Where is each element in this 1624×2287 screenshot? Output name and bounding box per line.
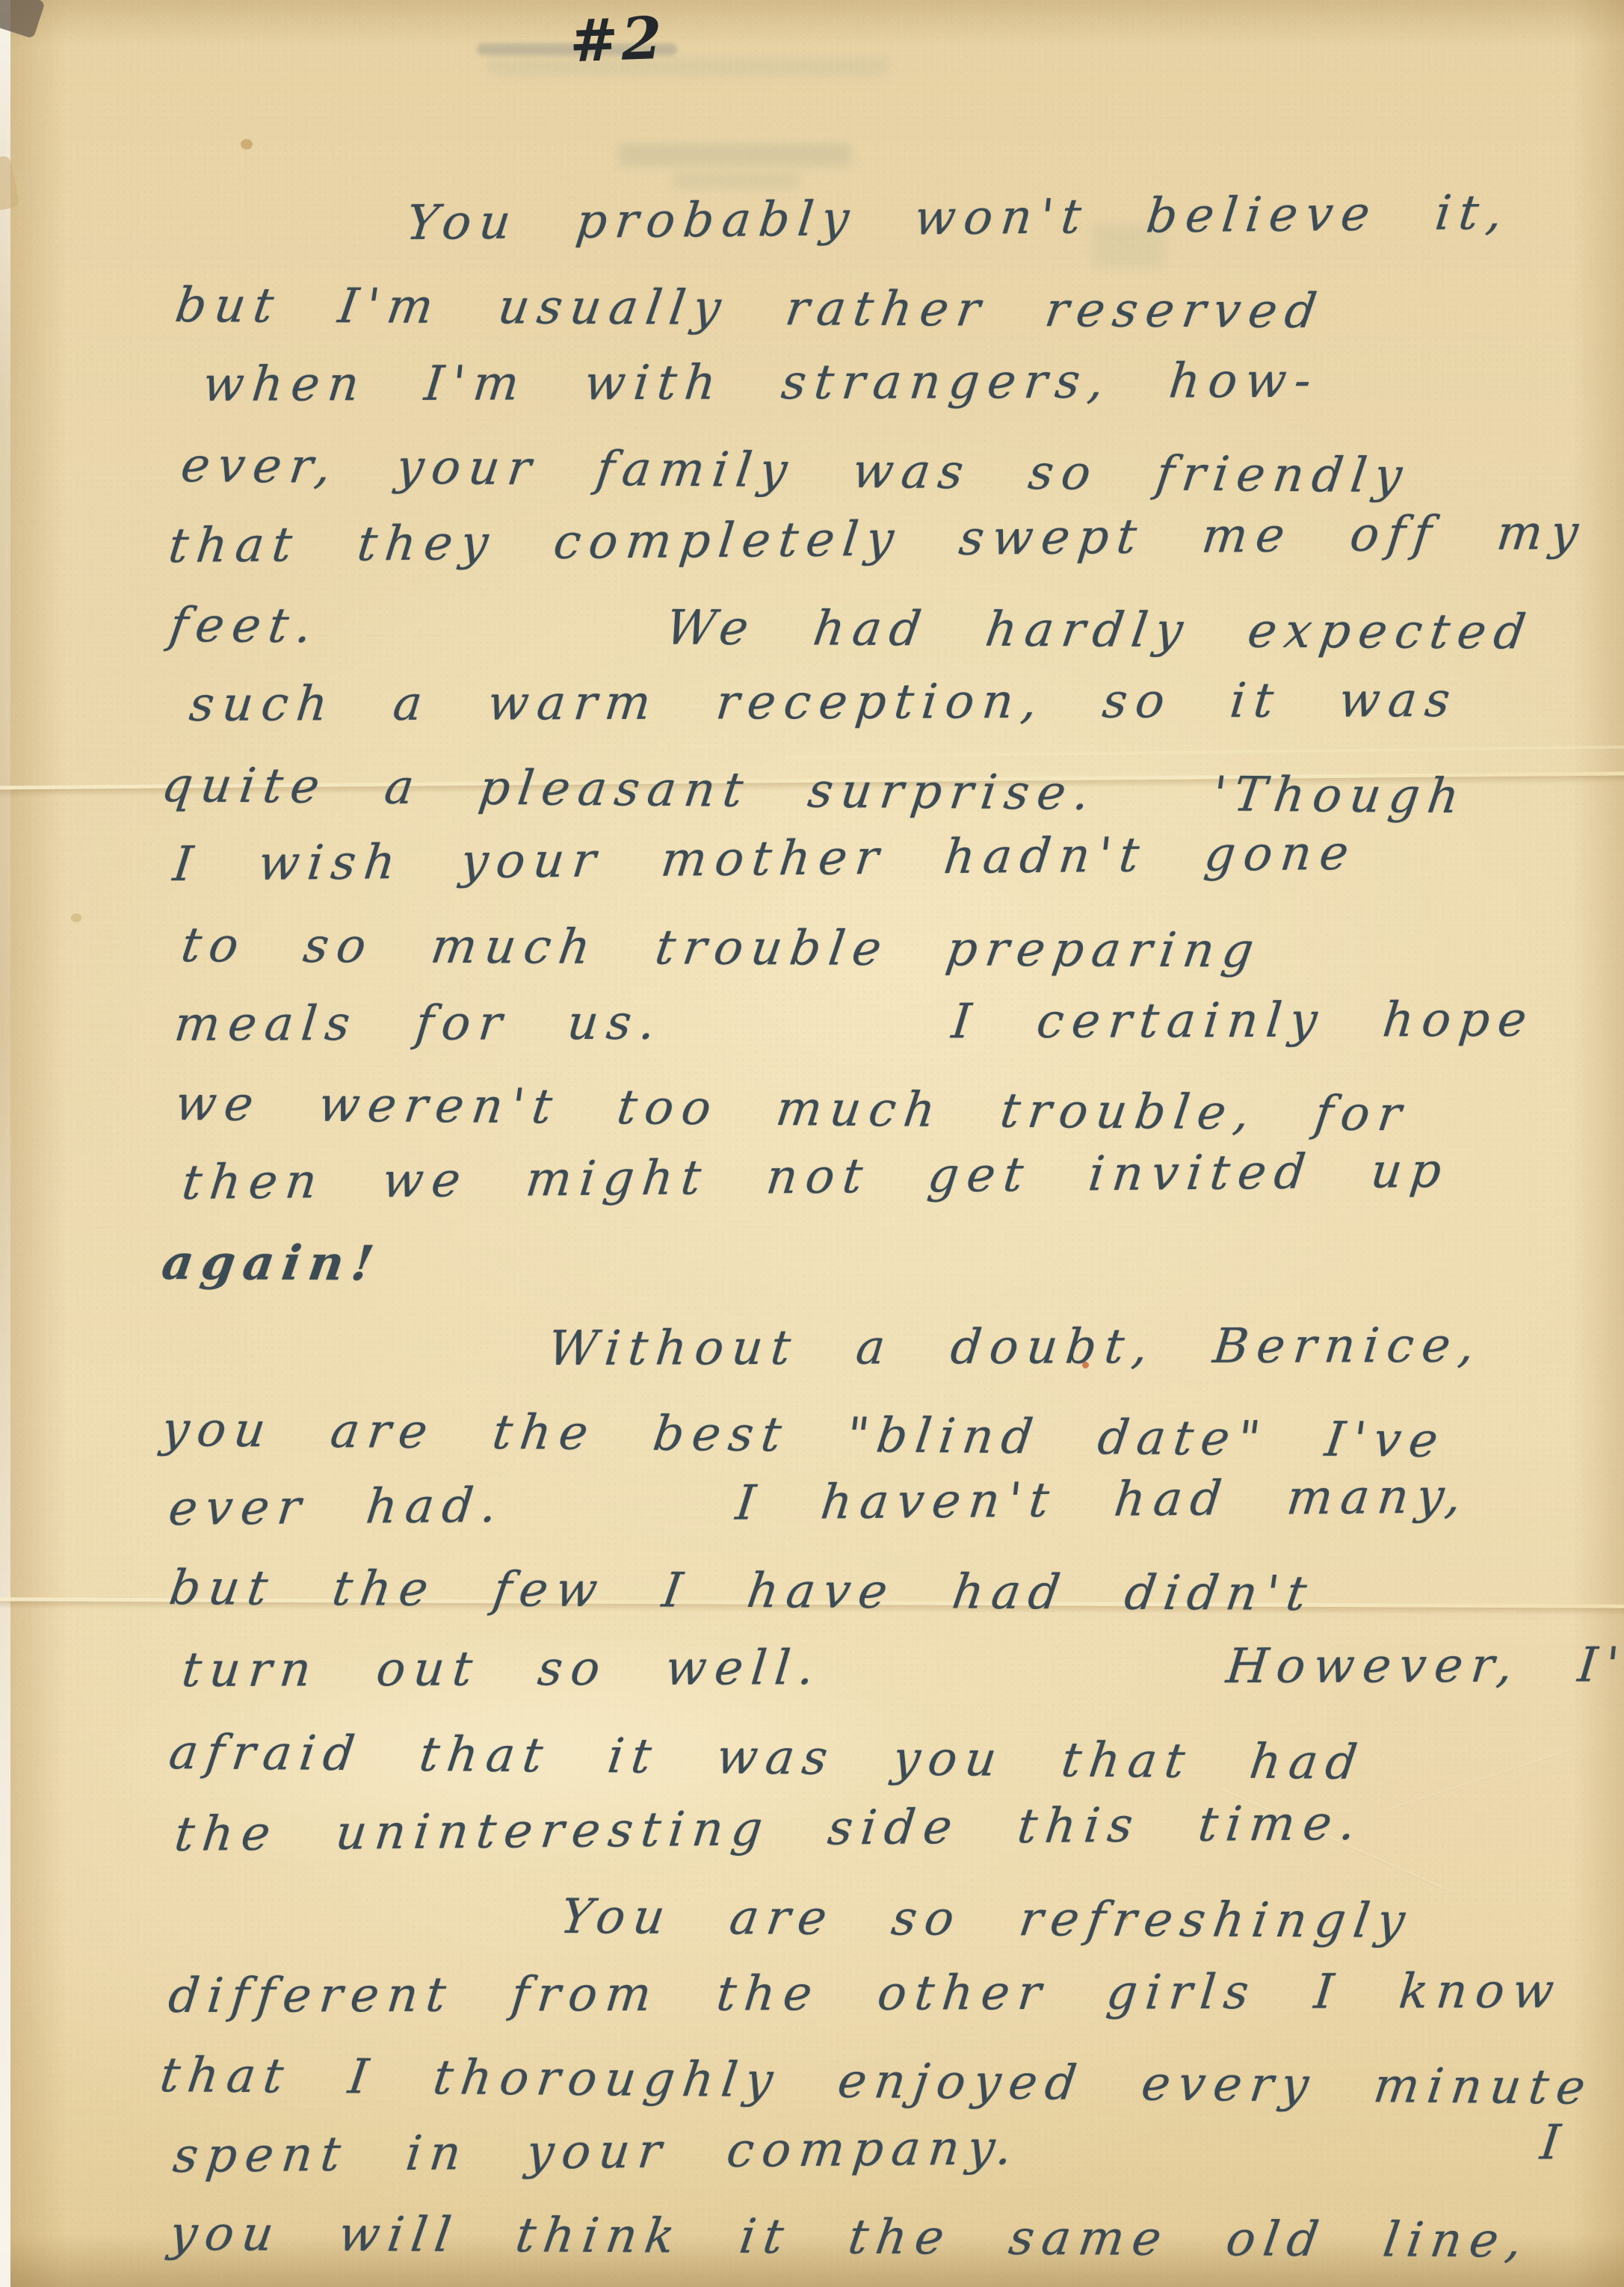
- handwritten-line: You are so refreshingly: [557, 1889, 1416, 1949]
- handwritten-line: we weren't too much trouble, for: [172, 1076, 1412, 1142]
- handwritten-line: such a warm reception, so it was: [187, 673, 1460, 732]
- handwritten-line: you are the best "blind date" I've: [158, 1402, 1449, 1469]
- handwritten-line: spent in your company. I know: [170, 2113, 1624, 2184]
- handwritten-line: feet. We had hardly expected: [166, 598, 1537, 661]
- handwritten-line: afraid that it was you that had: [166, 1725, 1368, 1791]
- handwritten-line: I wish your mother hadn't gone: [170, 826, 1359, 892]
- handwritten-line: ever, your family was so friendly: [178, 438, 1413, 504]
- handwritten-line: you will think it the same old line,: [166, 2206, 1534, 2269]
- handwritten-line: quite a pleasant surprise. 'Though: [158, 758, 1471, 824]
- handwritten-line: to so much trouble preparing: [178, 918, 1265, 979]
- handwritten-line: You probably won't believe it,: [404, 185, 1513, 251]
- letter-body: You probably won't believe it, but I'm u…: [0, 0, 1624, 2287]
- handwritten-line: that they completely swept me off my: [166, 505, 1589, 574]
- handwritten-line: then we might not get invited up: [179, 1143, 1452, 1211]
- handwritten-line: that I thoroughly enjoyed every minute: [157, 2048, 1596, 2116]
- handwritten-line: turn out so well. However, I'm: [179, 1638, 1624, 1698]
- handwritten-line: but the few I have had didn't: [166, 1561, 1318, 1622]
- handwritten-line: but I'm usually rather reserved: [172, 278, 1328, 339]
- letter-page: #2 You probably won't believe it, but I'…: [0, 0, 1624, 2287]
- handwritten-line: meals for us. I certainly hope: [172, 993, 1537, 1052]
- handwritten-line: when I'm with strangers, how-: [200, 354, 1322, 413]
- handwritten-line: Without a doubt, Bernice,: [546, 1318, 1485, 1377]
- handwritten-line: the uninteresting side this time.: [172, 1796, 1366, 1862]
- handwritten-line: again!: [158, 1235, 385, 1292]
- handwritten-line: ever had. I haven't had many,: [166, 1469, 1472, 1537]
- handwritten-line: different from the other girls I know: [166, 1963, 1565, 2024]
